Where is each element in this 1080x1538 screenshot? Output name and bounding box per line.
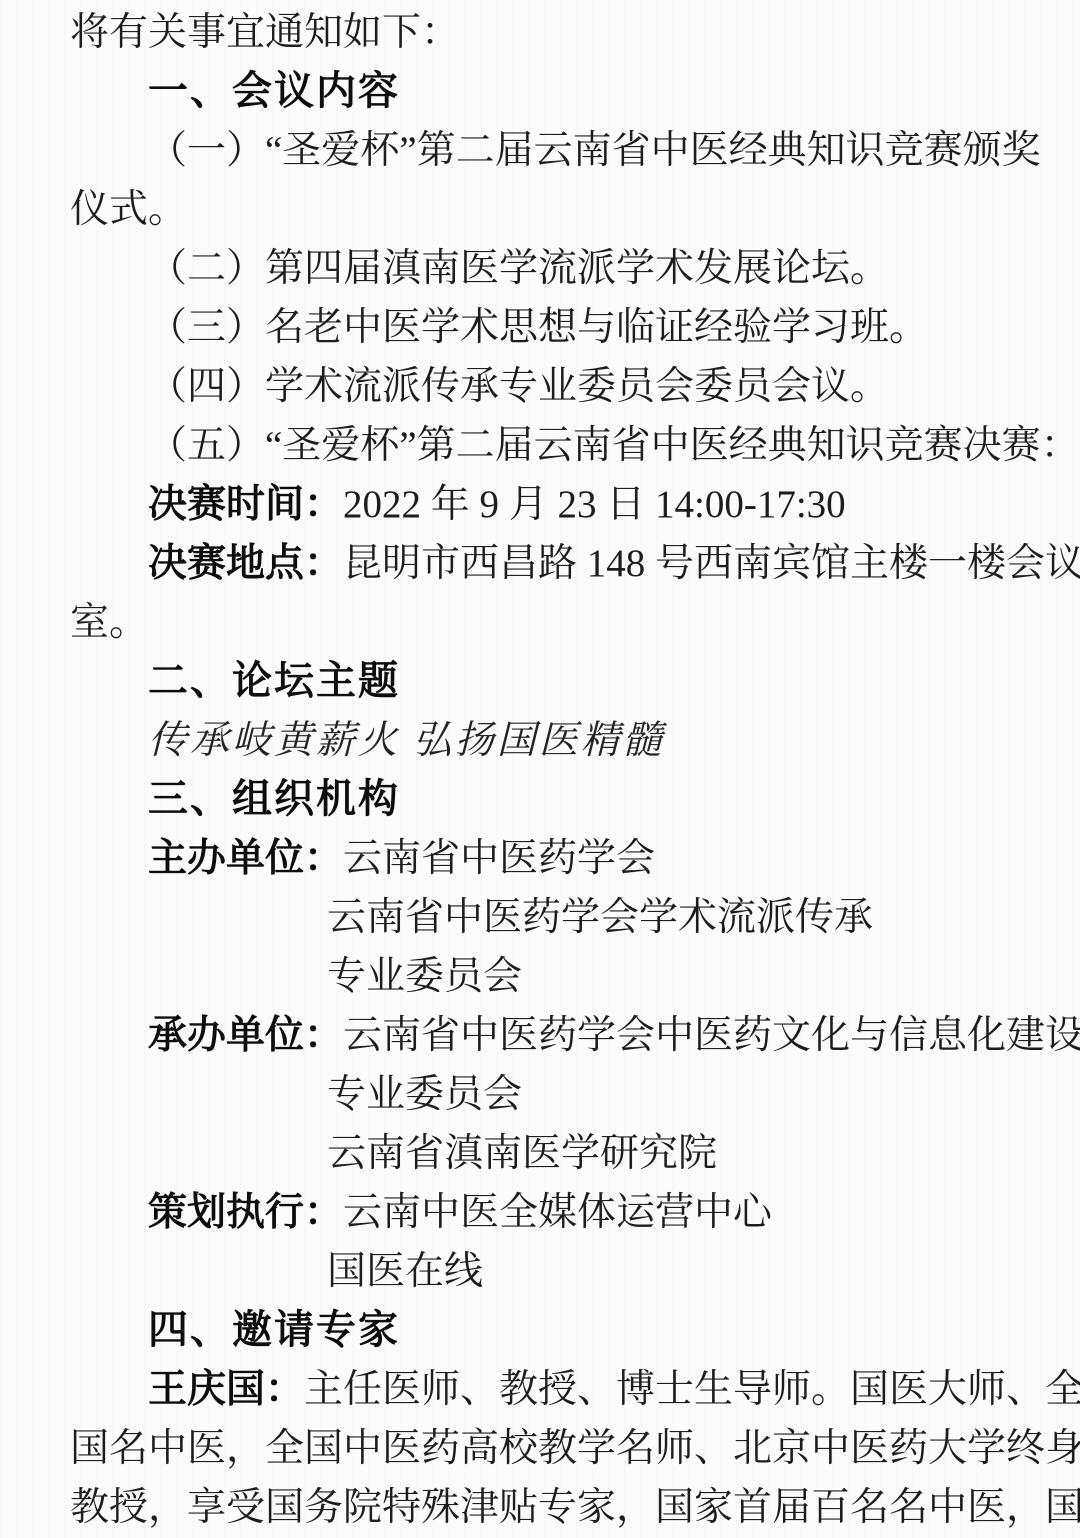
item-2-line: （二）第四届滇南医学流派学术发展论坛。 bbox=[70, 239, 1022, 298]
document-body: 将有关事宜通知如下：一、会议内容（一）“圣爱杯”第二届云南省中医经典知识竞赛颁奖… bbox=[70, 3, 1022, 1537]
expert-line-3: 教授，享受国务院特殊津贴专家，国家首届百名名中医，国 bbox=[70, 1478, 1022, 1537]
text-run: （一）“圣爱杯”第二届云南省中医经典知识竞赛颁奖 bbox=[148, 129, 1041, 172]
item-1-line-1: （一）“圣爱杯”第二届云南省中医经典知识竞赛颁奖 bbox=[70, 121, 1022, 180]
bold-label: 决赛时间： bbox=[148, 483, 343, 526]
bold-label: 王庆国： bbox=[148, 1368, 304, 1411]
organizer-line-2: 专业委员会 bbox=[70, 1065, 1022, 1124]
text-run: 教授，享受国务院特殊津贴专家，国家首届百名名中医，国 bbox=[70, 1486, 1080, 1529]
text-run: （四）学术流派传承专业委员会委员会议。 bbox=[148, 365, 889, 408]
text-run: 云南省中医药学会学术流派传承 bbox=[327, 896, 873, 939]
final-venue-line-1: 决赛地点：昆明市西昌路 148 号西南宾馆主楼一楼会议 bbox=[70, 534, 1022, 593]
text-run: 主任医师、教授、博士生导师。国医大师、全 bbox=[304, 1368, 1080, 1411]
text-run: 云南中医全媒体运营中心 bbox=[343, 1191, 772, 1234]
text-run: 室。 bbox=[70, 601, 148, 644]
organizer-line-1: 承办单位：云南省中医药学会中医药文化与信息化建设 bbox=[70, 1006, 1022, 1065]
text-run: 云南省中医药学会中医药文化与信息化建设 bbox=[343, 1014, 1080, 1057]
text-run: （三）名老中医学术思想与临证经验学习班。 bbox=[148, 306, 928, 349]
item-5-line: （五）“圣爱杯”第二届云南省中医经典知识竞赛决赛： bbox=[70, 416, 1022, 475]
text-run: 云南省中医药学会 bbox=[343, 837, 655, 880]
text-run: 传承岐黄薪火 弘扬国医精髓 bbox=[148, 719, 665, 762]
bold-label: 决赛地点： bbox=[148, 542, 343, 585]
text-run: 国医在线 bbox=[327, 1250, 483, 1293]
expert-line-2: 国名中医，全国中医药高校教学名师、北京中医药大学终身 bbox=[70, 1419, 1022, 1478]
final-venue-line-2: 室。 bbox=[70, 593, 1022, 652]
host-org-line-2: 云南省中医药学会学术流派传承 bbox=[70, 888, 1022, 947]
text-run: 仪式。 bbox=[70, 188, 187, 231]
text-run: 昆明市西昌路 148 号西南宾馆主楼一楼会议 bbox=[343, 542, 1080, 585]
item-1-line-2: 仪式。 bbox=[70, 180, 1022, 239]
text-run: （五）“圣爱杯”第二届云南省中医经典知识竞赛决赛： bbox=[148, 424, 1080, 467]
text-run: 国名中医，全国中医药高校教学名师、北京中医药大学终身 bbox=[70, 1427, 1080, 1470]
heading-section-3: 三、组织机构 bbox=[70, 770, 1022, 829]
bold-label: 主办单位： bbox=[148, 837, 343, 880]
document-page: 将有关事宜通知如下：一、会议内容（一）“圣爱杯”第二届云南省中医经典知识竞赛颁奖… bbox=[0, 0, 1080, 1538]
text-run: 2022 年 9 月 23 日 14:00-17:30 bbox=[343, 483, 846, 526]
organizer-line-3: 云南省滇南医学研究院 bbox=[70, 1124, 1022, 1183]
heading-section-1: 一、会议内容 bbox=[70, 62, 1022, 121]
bold-label: 一、会议内容 bbox=[148, 69, 400, 113]
text-run: （二）第四届滇南医学流派学术发展论坛。 bbox=[148, 247, 889, 290]
planner-line-1: 策划执行：云南中医全媒体运营中心 bbox=[70, 1183, 1022, 1242]
intro-line: 将有关事宜通知如下： bbox=[70, 3, 1022, 62]
bold-label: 四、邀请专家 bbox=[148, 1308, 400, 1352]
heading-section-4: 四、邀请专家 bbox=[70, 1301, 1022, 1360]
item-3-line: （三）名老中医学术思想与临证经验学习班。 bbox=[70, 298, 1022, 357]
heading-section-2: 二、论坛主题 bbox=[70, 652, 1022, 711]
forum-theme-line: 传承岐黄薪火 弘扬国医精髓 bbox=[70, 711, 1022, 770]
host-org-line-1: 主办单位：云南省中医药学会 bbox=[70, 829, 1022, 888]
bold-label: 策划执行： bbox=[148, 1191, 343, 1234]
text-run: 云南省滇南医学研究院 bbox=[327, 1132, 717, 1175]
bold-label: 二、论坛主题 bbox=[148, 659, 400, 703]
host-org-line-3: 专业委员会 bbox=[70, 947, 1022, 1006]
bold-label: 承办单位： bbox=[148, 1014, 343, 1057]
text-run: 专业委员会 bbox=[327, 955, 522, 998]
planner-line-2: 国医在线 bbox=[70, 1242, 1022, 1301]
text-run: 将有关事宜通知如下： bbox=[70, 11, 460, 54]
text-run: 专业委员会 bbox=[327, 1073, 522, 1116]
expert-line-1: 王庆国：主任医师、教授、博士生导师。国医大师、全 bbox=[70, 1360, 1022, 1419]
final-time-line: 决赛时间：2022 年 9 月 23 日 14:00-17:30 bbox=[70, 475, 1022, 534]
bold-label: 三、组织机构 bbox=[148, 777, 400, 821]
item-4-line: （四）学术流派传承专业委员会委员会议。 bbox=[70, 357, 1022, 416]
